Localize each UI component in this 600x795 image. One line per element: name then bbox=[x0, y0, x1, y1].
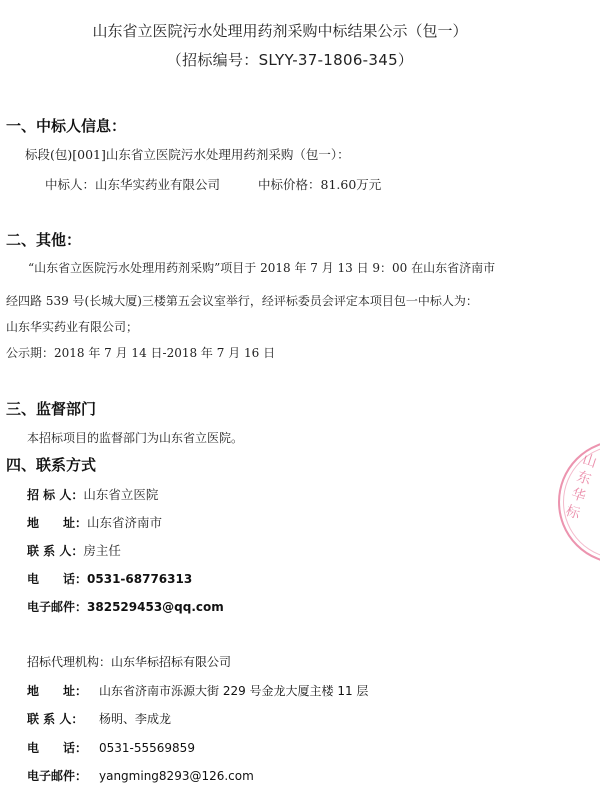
agency-address-row: 地 址：山东省济南市泺源大街 229 号金龙大厦主楼 11 层 bbox=[27, 680, 368, 699]
agency-contact-person-row: 联 系 人：杨明、李成龙 bbox=[27, 708, 171, 727]
lot-line: 标段(包)[001]山东省立医院污水处理用药剂采购（包一）： bbox=[25, 145, 350, 163]
agency-contact-person-label: 联 系 人： bbox=[27, 710, 99, 727]
winner-value: 山东华实药业有限公司 bbox=[95, 177, 220, 192]
supervision-text: 本招标项目的监督部门为山东省立医院。 bbox=[27, 429, 243, 446]
contact-person-label: 联 系 人： bbox=[27, 542, 83, 559]
tenderer-contact-row: 招 标 人：山东省立医院 bbox=[27, 484, 158, 503]
agency-email-label: 电子邮件： bbox=[27, 767, 99, 784]
address-label: 地 址： bbox=[27, 514, 87, 531]
agency-address-label: 地 址： bbox=[27, 682, 99, 699]
phone-label: 电 话： bbox=[27, 570, 87, 587]
document-title: 山东省立医院污水处理用药剂采购中标结果公示（包一） bbox=[0, 20, 580, 41]
phone-value: 0531-68776313 bbox=[87, 572, 192, 586]
section-heading-contact: 四、联系方式 bbox=[6, 454, 96, 475]
agency-email-row: 电子邮件：yangming8293@126.com bbox=[27, 765, 254, 784]
email-value[interactable]: 382529453@qq.com bbox=[87, 600, 224, 614]
agency-address-value: 山东省济南市泺源大街 229 号金龙大厦主楼 11 层 bbox=[99, 684, 368, 698]
contact-person-value: 房主任 bbox=[83, 543, 121, 558]
email-label: 电子邮件： bbox=[27, 598, 87, 615]
section-heading-winner-info: 一、中标人信息： bbox=[6, 115, 126, 136]
para-line-1: “山东省立医院污水处理用药剂采购”项目于 2018 年 7 月 13 日 9：0… bbox=[28, 259, 495, 276]
agency-row: 招标代理机构：山东华标招标有限公司 bbox=[27, 651, 231, 670]
tenderer-email-row: 电子邮件：382529453@qq.com bbox=[27, 596, 224, 615]
para-line-3: 山东华实药业有限公司； bbox=[6, 318, 138, 335]
tenderer-contact-person-row: 联 系 人：房主任 bbox=[27, 540, 121, 559]
tenderer-phone-row: 电 话：0531-68776313 bbox=[27, 568, 192, 587]
price-label: 中标价格： bbox=[258, 177, 321, 192]
agency-phone-value: 0531-55569859 bbox=[99, 741, 195, 755]
winner-label: 中标人： bbox=[45, 177, 95, 192]
agency-phone-row: 电 话：0531-55569859 bbox=[27, 737, 195, 756]
tenderer-value: 山东省立医院 bbox=[83, 487, 158, 502]
tenderer-address-row: 地 址：山东省济南市 bbox=[27, 512, 162, 531]
agency-value: 山东华标招标有限公司 bbox=[111, 655, 231, 669]
bid-number: （招标编号：SLYY-37-1806-345） bbox=[0, 49, 590, 70]
agency-phone-label: 电 话： bbox=[27, 739, 99, 756]
tenderer-label: 招 标 人： bbox=[27, 486, 83, 503]
winner-row: 中标人：山东华实药业有限公司 bbox=[45, 175, 220, 193]
section-heading-supervision: 三、监督部门 bbox=[6, 398, 96, 419]
agency-contact-person-value: 杨明、李成龙 bbox=[99, 712, 171, 726]
section-heading-other: 二、其他： bbox=[6, 229, 81, 250]
price-row: 中标价格：81.60万元 bbox=[258, 175, 381, 193]
para-line-2: 经四路 539 号(长城大厦)三楼第五会议室举行，经评标委员会评定本项目包一中标… bbox=[6, 292, 478, 309]
agency-label: 招标代理机构： bbox=[27, 655, 111, 669]
publicity-period: 公示期：2018 年 7 月 14 日-2018 年 7 月 16 日 bbox=[6, 344, 275, 361]
price-value: 81.60万元 bbox=[321, 177, 382, 192]
address-value: 山东省济南市 bbox=[87, 515, 162, 530]
agency-email-value[interactable]: yangming8293@126.com bbox=[99, 769, 254, 783]
